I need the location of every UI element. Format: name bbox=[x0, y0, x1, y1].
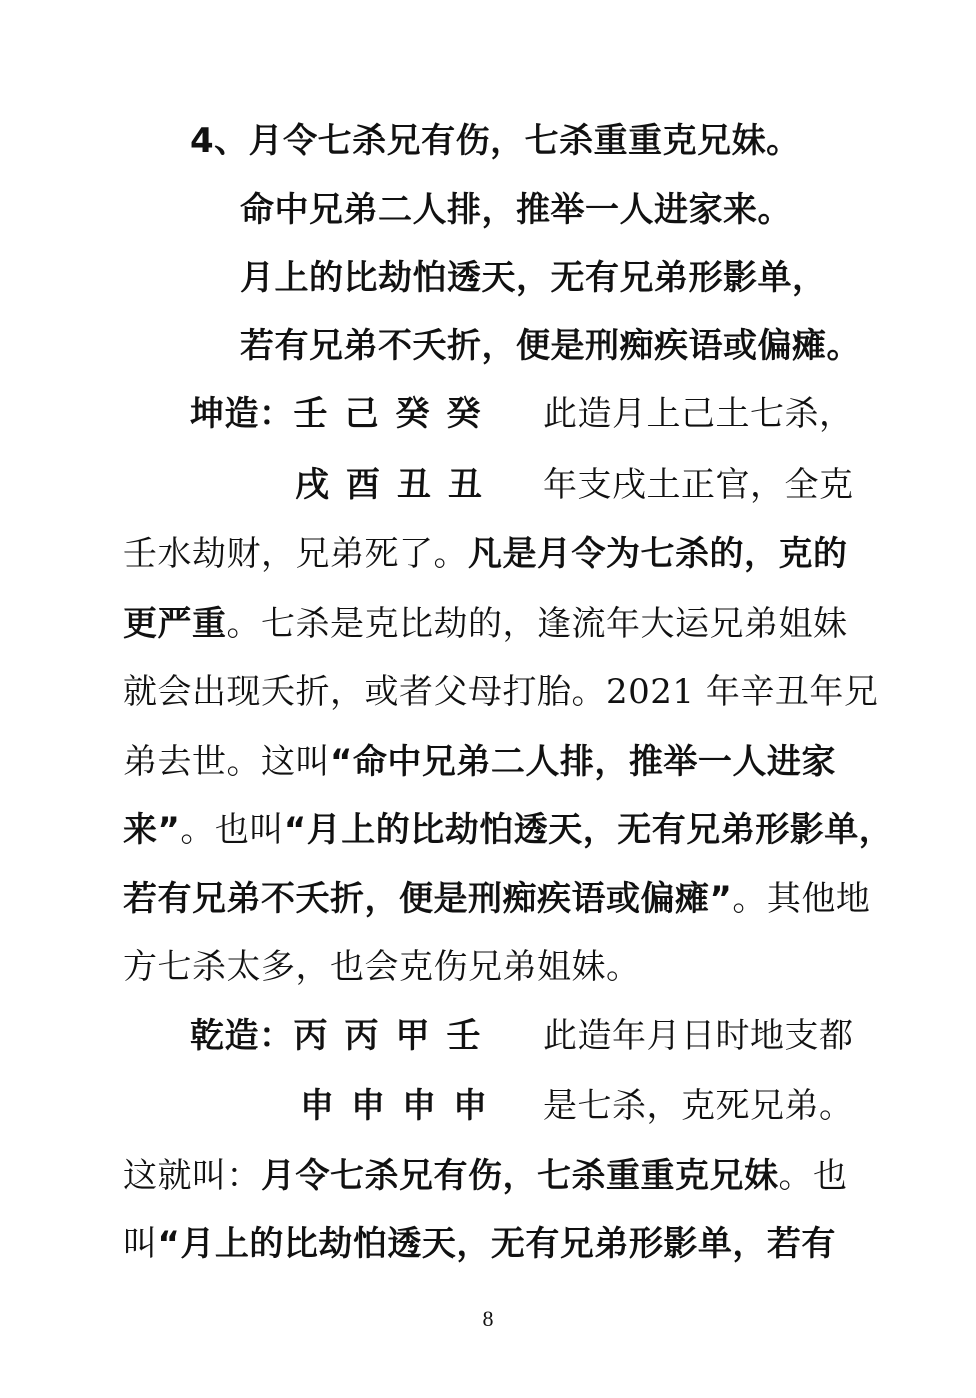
example1-note-1: 此造月上己土七杀， bbox=[543, 394, 854, 434]
section-heading: 4、月令七杀兄有伤，七杀重重克兄妹。 bbox=[190, 121, 801, 161]
example2-branch: 申 bbox=[300, 1086, 351, 1126]
regular-text: 叫 bbox=[123, 1224, 158, 1264]
regular-text: 。其他地 bbox=[732, 879, 870, 919]
heading-number: 4、 bbox=[190, 121, 249, 161]
paragraph2-line-2: 叫“月上的比劫怕透天，无有兄弟形影单，若有 bbox=[123, 1224, 836, 1264]
example1-note-2: 年支戌土正官，全克 bbox=[543, 465, 854, 505]
example2-branch: 申 bbox=[351, 1086, 402, 1126]
paragraph1-line-7: 方七杀太多，也会克伤兄弟姐妹。 bbox=[123, 947, 641, 987]
example1-stem: 癸 bbox=[447, 394, 498, 434]
paragraph1-line-1: 壬水劫财，兄弟死了。凡是月令为七杀的，克的 bbox=[123, 534, 848, 574]
emphasis-text: “月上的比劫怕透天，无有兄弟形影单， bbox=[284, 810, 893, 850]
regular-text: 这就叫： bbox=[123, 1156, 261, 1196]
example1-row1: 坤造：壬己癸癸 bbox=[190, 394, 498, 434]
example2-stem: 丙 bbox=[294, 1016, 345, 1056]
example1-stem: 癸 bbox=[396, 394, 447, 434]
example1-branch: 戌 bbox=[295, 465, 346, 505]
regular-text: 壬水劫财，兄弟死了。 bbox=[123, 534, 468, 574]
emphasis-text: 来” bbox=[123, 810, 180, 850]
example2-row2: 申申申申 bbox=[300, 1086, 504, 1126]
example1-stem: 己 bbox=[345, 394, 396, 434]
emphasis-text: 若有兄弟不夭折，便是刑痴疾语或偏瘫” bbox=[123, 879, 732, 919]
paragraph2-line-1: 这就叫：月令七杀兄有伤，七杀重重克兄妹。也 bbox=[123, 1156, 848, 1196]
verse-line-2: 月上的比劫怕透天，无有兄弟形影单， bbox=[240, 258, 827, 298]
example2-stem: 甲 bbox=[396, 1016, 447, 1056]
example2-stem: 丙 bbox=[345, 1016, 396, 1056]
example2-row1: 乾造：丙丙甲壬 bbox=[190, 1016, 498, 1056]
paragraph1-line-2: 更严重。七杀是克比劫的，逢流年大运兄弟姐妹 bbox=[123, 604, 848, 644]
page-number: 8 bbox=[0, 1306, 976, 1332]
regular-text: 。七杀是克比劫的，逢流年大运兄弟姐妹 bbox=[227, 604, 848, 644]
paragraph1-line-6: 若有兄弟不夭折，便是刑痴疾语或偏瘫”。其他地 bbox=[123, 879, 870, 919]
example1-label: 坤造： bbox=[190, 394, 294, 434]
example1-branch: 丑 bbox=[397, 465, 448, 505]
verse-line-3: 若有兄弟不夭折，便是刑痴疾语或偏瘫。 bbox=[240, 326, 861, 366]
paragraph1-line-3: 就会出现夭折，或者父母打胎。2021 年辛丑年兄 bbox=[123, 672, 878, 712]
example2-note-1: 此造年月日时地支都 bbox=[543, 1016, 854, 1056]
emphasis-text: 凡是月令为七杀的，克的 bbox=[468, 534, 848, 574]
regular-text: 。也 bbox=[779, 1156, 848, 1196]
regular-text: 。也叫 bbox=[180, 810, 284, 850]
emphasis-text: “月上的比劫怕透天，无有兄弟形影单，若有 bbox=[158, 1224, 836, 1264]
paragraph1-line-4: 弟去世。这叫“命中兄弟二人排，推举一人进家 bbox=[123, 742, 836, 782]
verse-line-1: 命中兄弟二人排，推举一人进家来。 bbox=[240, 190, 792, 230]
example1-stem: 壬 bbox=[294, 394, 345, 434]
heading-text: 月令七杀兄有伤，七杀重重克兄妹。 bbox=[249, 121, 801, 161]
example2-stem: 壬 bbox=[447, 1016, 498, 1056]
example2-label: 乾造： bbox=[190, 1016, 294, 1056]
paragraph1-line-5: 来”。也叫“月上的比劫怕透天，无有兄弟形影单， bbox=[123, 810, 893, 850]
emphasis-text: 更严重 bbox=[123, 604, 227, 644]
regular-text: 弟去世。这叫 bbox=[123, 742, 330, 782]
example1-branch: 丑 bbox=[448, 465, 499, 505]
example2-branch: 申 bbox=[453, 1086, 504, 1126]
emphasis-text: “命中兄弟二人排，推举一人进家 bbox=[330, 742, 836, 782]
example1-branch: 酉 bbox=[346, 465, 397, 505]
example2-note-2: 是七杀，克死兄弟。 bbox=[543, 1086, 854, 1126]
example1-row2: 戌酉丑丑 bbox=[295, 465, 499, 505]
example2-branch: 申 bbox=[402, 1086, 453, 1126]
emphasis-text: 月令七杀兄有伤，七杀重重克兄妹 bbox=[261, 1156, 779, 1196]
